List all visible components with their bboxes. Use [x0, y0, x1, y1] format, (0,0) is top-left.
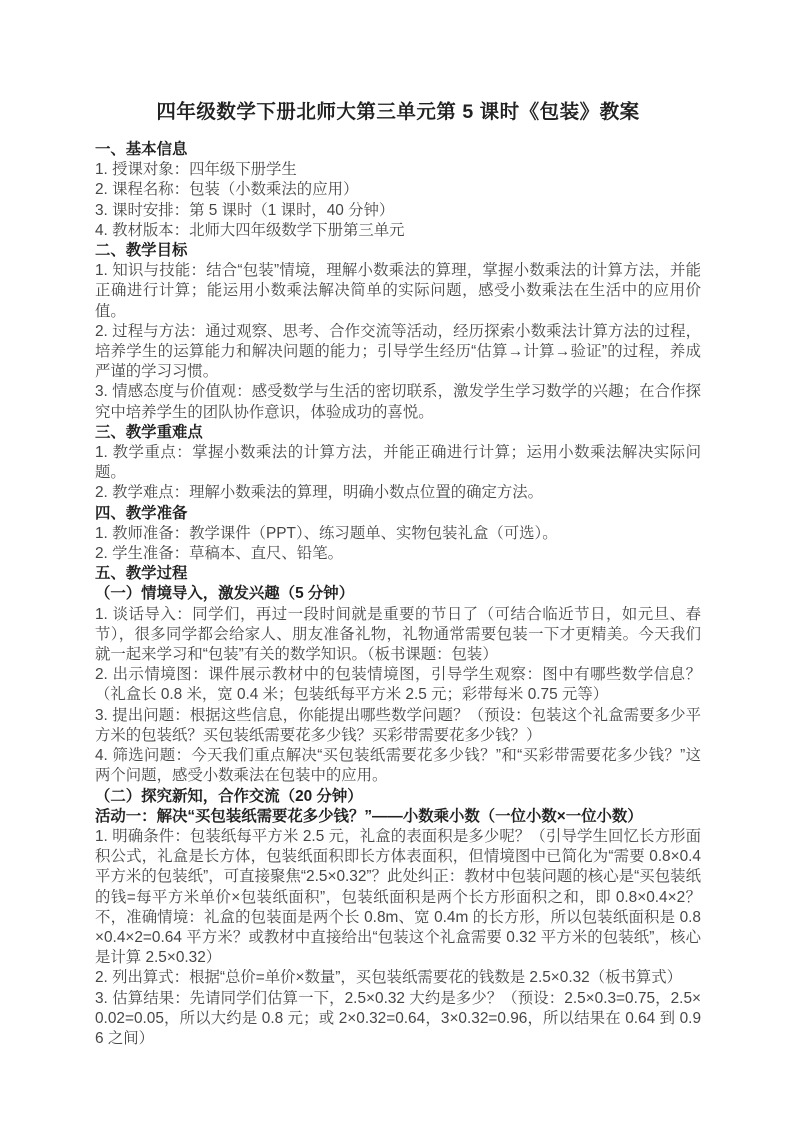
paragraph: 3. 情感态度与价值观：感受数学与生活的密切联系，激发学生学习数学的兴趣；在合作… [95, 382, 701, 422]
section-heading: 二、教学目标 [95, 241, 701, 261]
paragraph: 2. 学生准备：草稿本、直尺、铅笔。 [95, 544, 701, 564]
subsection-heading: （二）探究新知，合作交流（20 分钟） [95, 787, 701, 807]
paragraph: 2. 过程与方法：通过观察、思考、合作交流等活动，经历探索小数乘法计算方法的过程… [95, 322, 701, 383]
paragraph: 3. 提出问题：根据这些信息，你能提出哪些数学问题？（预设：包装这个礼盒需要多少… [95, 706, 701, 746]
section-heading: 三、教学重难点 [95, 423, 701, 443]
paragraph: 4. 筛选问题：今天我们重点解决“买包装纸需要花多少钱？”和“买彩带需要花多少钱… [95, 746, 701, 786]
paragraph: 1. 授课对象：四年级下册学生 [95, 160, 701, 180]
section-heading: 四、教学准备 [95, 504, 701, 524]
paragraph: 2. 教学难点：理解小数乘法的算理，明确小数点位置的确定方法。 [95, 483, 701, 503]
paragraph: 2. 列出算式：根据“总价=单价×数量”，买包装纸需要花的钱数是 2.5×0.3… [95, 968, 701, 988]
document-body: 一、基本信息1. 授课对象：四年级下册学生2. 课程名称：包装（小数乘法的应用）… [95, 140, 701, 1049]
paragraph: 3. 估算结果：先请同学们估算一下，2.5×0.32 大约是多少？（预设：2.5… [95, 989, 701, 1050]
document-title: 四年级数学下册北师大第三单元第 5 课时《包装》教案 [95, 99, 701, 126]
document-page: 四年级数学下册北师大第三单元第 5 课时《包装》教案 一、基本信息1. 授课对象… [0, 0, 794, 1123]
paragraph: 2. 课程名称：包装（小数乘法的应用） [95, 180, 701, 200]
paragraph: 1. 知识与技能：结合“包装”情境，理解小数乘法的算理，掌握小数乘法的计算方法，… [95, 261, 701, 322]
subsection-heading: （一）情境导入，激发兴趣（5 分钟） [95, 584, 701, 604]
paragraph: 1. 教师准备：教学课件（PPT）、练习题单、实物包装礼盒（可选）。 [95, 524, 701, 544]
paragraph: 3. 课时安排：第 5 课时（1 课时，40 分钟） [95, 201, 701, 221]
paragraph: 2. 出示情境图：课件展示教材中的包装情境图，引导学生观察：图中有哪些数学信息？… [95, 665, 701, 705]
paragraph: 1. 教学重点：掌握小数乘法的计算方法，并能正确进行计算；运用小数乘法解决实际问… [95, 443, 701, 483]
section-heading: 五、教学过程 [95, 564, 701, 584]
section-heading: 一、基本信息 [95, 140, 701, 160]
subsection-heading: 活动一：解决“买包装纸需要花多少钱？”——小数乘小数（一位小数×一位小数） [95, 807, 701, 827]
paragraph: 4. 教材版本：北师大四年级数学下册第三单元 [95, 221, 701, 241]
paragraph: 1. 谈话导入：同学们，再过一段时间就是重要的节日了（可结合临近节日，如元旦、春… [95, 605, 701, 666]
paragraph: 1. 明确条件：包装纸每平方米 2.5 元，礼盒的表面积是多少呢？（引导学生回忆… [95, 827, 701, 968]
